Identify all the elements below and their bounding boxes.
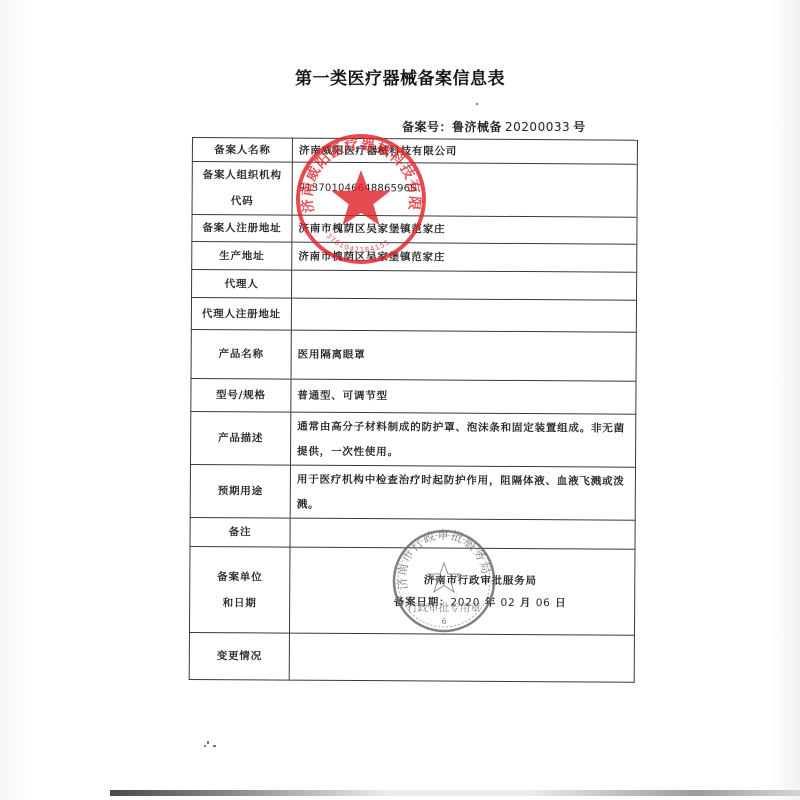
registered-address: 济南市槐荫区吴家堡镇范家庄 (292, 215, 637, 244)
filing-date: 备案日期：2020 年 02 月 06 日 (290, 590, 630, 614)
remarks (290, 518, 635, 549)
info-table-container: 备案人名称 济南威阳医疗器械科技有限公司 备案人组织机构 代码 91370104… (189, 137, 638, 683)
table-row: 备案人注册地址 济南市槐荫区吴家堡镇范家庄 (192, 215, 637, 245)
row-label: 型号/规格 (191, 378, 291, 412)
row-label: 产品描述 (190, 411, 290, 465)
row-label: 备案人注册地址 (192, 215, 292, 243)
scan-speck (204, 745, 206, 747)
record-number-prefix: 鲁济械备 (452, 120, 502, 134)
model-spec: 普通型、可调节型 (291, 379, 636, 414)
agent-address (291, 298, 636, 332)
filing-date-year: 2020 (450, 596, 480, 608)
table-row: 备注 (190, 517, 635, 549)
row-label-line1: 备案人组织机构 (193, 162, 292, 189)
table-row: 备案人组织机构 代码 91370104664886596S (192, 162, 637, 218)
record-number-value: 20200033 (505, 120, 570, 134)
production-address: 济南市槐荫区吴家堡镇范家庄 (292, 242, 637, 272)
filing-date-day: 06 (536, 597, 551, 609)
row-label: 备案人名称 (192, 138, 292, 163)
change-history (289, 633, 634, 682)
info-table: 备案人名称 济南威阳医疗器械科技有限公司 备案人组织机构 代码 91370104… (189, 137, 638, 683)
scan-speck (213, 745, 216, 747)
scan-speck (476, 103, 478, 105)
product-name: 医用隔离眼罩 (291, 330, 636, 381)
product-description: 通常由高分子材料制成的防护罩、泡沫条和固定装置组成。非无菌提供，一次性使用。 (290, 412, 635, 467)
filing-date-year-unit: 年 (485, 596, 496, 608)
table-row: 代理人注册地址 (191, 298, 636, 333)
row-label-line2: 代码 (193, 188, 292, 215)
filing-authority: 济南市行政审批服务局 (290, 568, 630, 592)
table-row: 变更情况 (189, 632, 634, 682)
row-label: 变更情况 (189, 632, 289, 680)
row-label: 预期用途 (190, 464, 290, 518)
row-label: 备案单位 和日期 (189, 546, 290, 633)
table-row: 备案人名称 济南威阳医疗器械科技有限公司 (192, 138, 637, 165)
table-row: 预期用途 用于医疗机构中检查治疗时起防护作用，阻隔体液、血液飞溅或泼溅。 (190, 464, 635, 520)
table-row: 生产地址 济南市槐荫区吴家堡镇范家庄 (192, 242, 637, 273)
table-row: 型号/规格 普通型、可调节型 (191, 378, 636, 414)
table-row: 备案单位 和日期 济南市行政审批服务局 备案日期：2020 年 02 月 06 … (189, 546, 635, 635)
organization-code: 91370104664886596S (292, 162, 637, 217)
row-label-line2: 和日期 (190, 589, 289, 616)
filing-date-month: 02 (500, 596, 515, 608)
scan-speck (207, 741, 209, 744)
filing-date-month-unit: 月 (520, 597, 531, 609)
intended-use: 用于医疗机构中检查治疗时起防护作用，阻隔体液、血液飞溅或泼溅。 (290, 465, 635, 520)
table-row: 产品描述 通常由高分子材料制成的防护罩、泡沫条和固定装置组成。非无菌提供，一次性… (190, 411, 635, 467)
row-label: 备案人组织机构 代码 (192, 162, 292, 216)
row-label-line1: 备案单位 (190, 563, 289, 590)
scan-bottom-edge (110, 790, 800, 796)
table-row: 产品名称 医用隔离眼罩 (191, 329, 636, 381)
row-label: 备注 (190, 517, 290, 547)
table-row: 代理人 (192, 270, 637, 301)
registrant-name: 济南威阳医疗器械科技有限公司 (292, 138, 637, 164)
record-number-suffix: 号 (573, 120, 586, 134)
record-number-label: 备案号： (402, 120, 452, 134)
filing-unit-and-date: 济南市行政审批服务局 备案日期：2020 年 02 月 06 日 (289, 547, 635, 635)
record-number: 备案号：鲁济械备20200033号 (402, 118, 586, 135)
row-label: 代理人注册地址 (191, 298, 291, 331)
filing-date-day-unit: 日 (555, 597, 566, 609)
row-label: 产品名称 (191, 329, 291, 379)
row-label: 代理人 (192, 270, 292, 299)
document-title: 第一类医疗器械备案信息表 (0, 64, 800, 89)
row-label: 生产地址 (192, 242, 292, 271)
agent (292, 270, 637, 300)
filing-date-label: 备案日期： (394, 596, 451, 608)
